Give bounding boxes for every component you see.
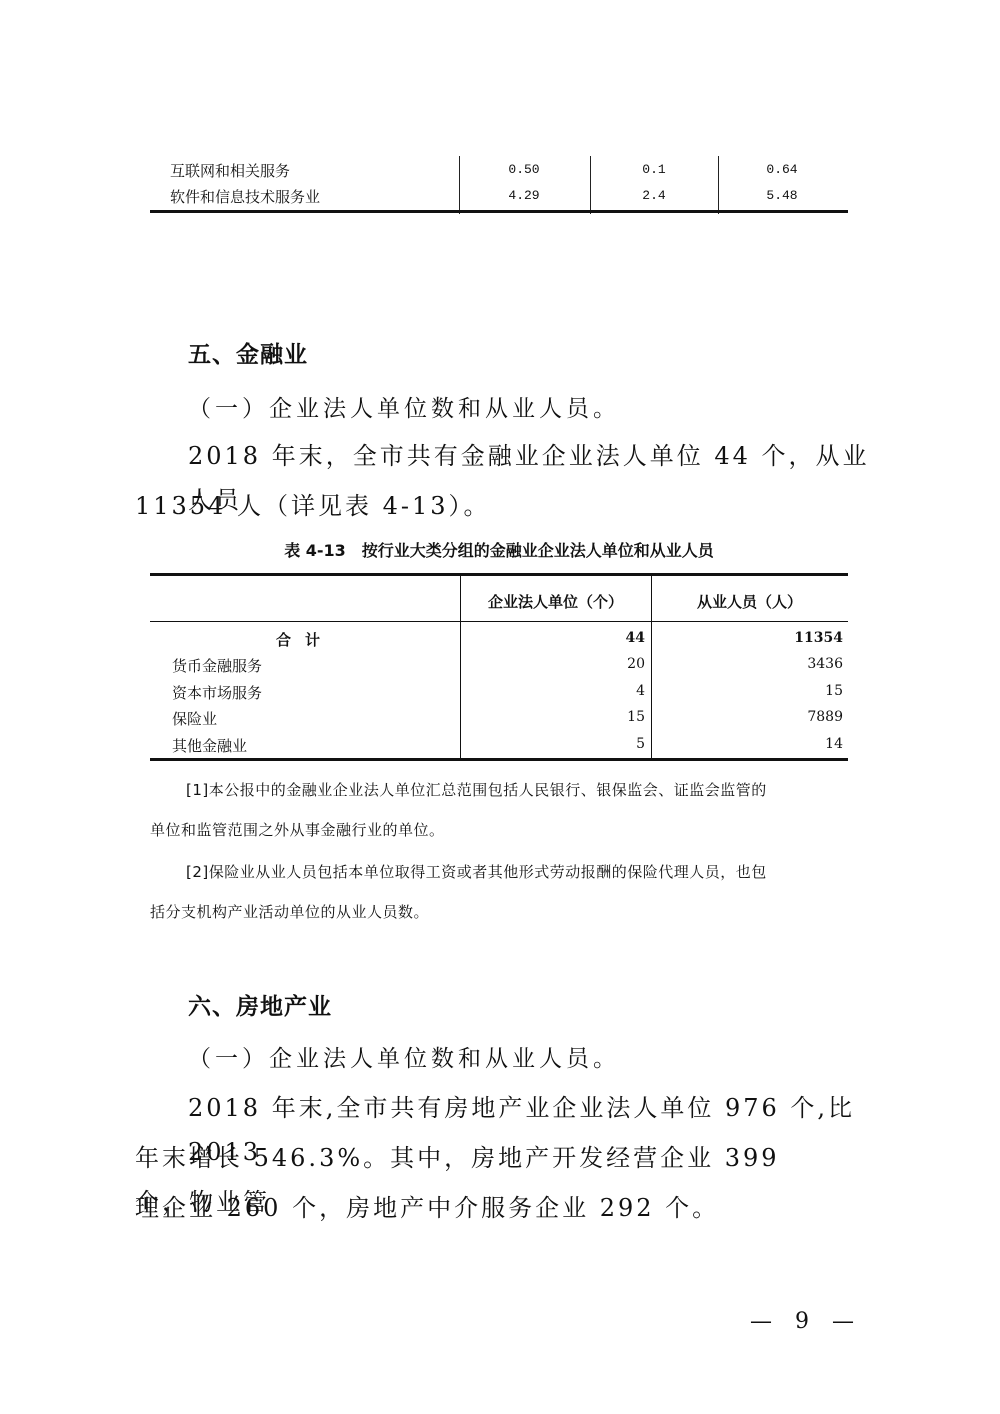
note-line: 括分支机构产业活动单位的从业人员数。 xyxy=(150,892,850,932)
table-bottom-rule xyxy=(150,210,848,213)
cell-value: 5.48 xyxy=(718,188,846,203)
cell-units: 5 xyxy=(460,736,645,752)
cell-value: 2.4 xyxy=(590,188,718,203)
row-label: 其他金融业 xyxy=(172,735,247,756)
note-line: [1]本公报中的金融业企业法人单位汇总范围包括人民银行、银保监会、证监会监管的 xyxy=(150,770,850,810)
table-note-1: [1]本公报中的金融业企业法人单位汇总范围包括人民银行、银保监会、证监会监管的 … xyxy=(150,770,850,850)
table-header-rule xyxy=(150,621,848,622)
table-row: 软件和信息技术服务业 4.29 2.4 5.48 xyxy=(150,182,848,208)
section-heading-finance: 五、金融业 xyxy=(188,336,308,369)
table-top-rule xyxy=(150,573,848,576)
cell-units: 15 xyxy=(460,709,645,725)
table-row: 互联网和相关服务 0.50 0.1 0.64 xyxy=(150,156,848,182)
cell-value: 4.29 xyxy=(460,188,588,203)
cell-value: 0.64 xyxy=(718,162,846,177)
previous-table-fragment: 互联网和相关服务 0.50 0.1 0.64 软件和信息技术服务业 4.29 2… xyxy=(150,156,848,208)
cell-units: 20 xyxy=(460,656,645,672)
paragraph-line: 11354 人（详见表 4-13）。 xyxy=(135,484,825,528)
table-row: 货币金融服务 20 3436 xyxy=(150,653,848,679)
row-label: 合计 xyxy=(150,629,460,650)
cell-employees: 3436 xyxy=(651,656,843,672)
row-label: 资本市场服务 xyxy=(172,682,262,703)
row-label: 互联网和相关服务 xyxy=(170,160,290,181)
table-row-total: 合计 44 11354 xyxy=(150,627,848,653)
table-row: 保险业 15 7889 xyxy=(150,706,848,732)
cell-units: 44 xyxy=(460,630,645,646)
cell-employees: 11354 xyxy=(651,630,843,646)
subsection-heading: （一）企业法人单位数和从业人员。 xyxy=(188,390,620,423)
cell-value: 0.50 xyxy=(460,162,588,177)
cell-employees: 7889 xyxy=(651,709,843,725)
paragraph-line: 理企业 260 个，房地产中介服务企业 292 个。 xyxy=(135,1186,825,1230)
column-header-units: 企业法人单位（个） xyxy=(460,591,651,612)
section-heading-real-estate: 六、房地产业 xyxy=(188,988,332,1021)
row-label: 软件和信息技术服务业 xyxy=(170,186,320,207)
cell-value: 0.1 xyxy=(590,162,718,177)
table-row: 其他金融业 5 14 xyxy=(150,733,848,759)
page-number: — 9 — xyxy=(750,1309,862,1334)
table-caption: 表 4-13 按行业大类分组的金融业企业法人单位和从业人员 xyxy=(150,538,848,561)
table-row: 资本市场服务 4 15 xyxy=(150,680,848,706)
cell-employees: 14 xyxy=(651,736,843,752)
cell-units: 4 xyxy=(460,683,645,699)
finance-table: 企业法人单位（个） 从业人员（人） 合计 44 11354 货币金融服务 20 … xyxy=(150,573,848,761)
row-label: 保险业 xyxy=(172,708,217,729)
table-note-2: [2]保险业从业人员包括本单位取得工资或者其他形式劳动报酬的保险代理人员，也包 … xyxy=(150,852,850,932)
cell-employees: 15 xyxy=(651,683,843,699)
note-line: 单位和监管范围之外从事金融行业的单位。 xyxy=(150,810,850,850)
subsection-heading: （一）企业法人单位数和从业人员。 xyxy=(188,1040,620,1073)
column-header-employees: 从业人员（人） xyxy=(651,591,848,612)
row-label: 货币金融服务 xyxy=(172,655,262,676)
note-line: [2]保险业从业人员包括本单位取得工资或者其他形式劳动报酬的保险代理人员，也包 xyxy=(150,852,850,892)
